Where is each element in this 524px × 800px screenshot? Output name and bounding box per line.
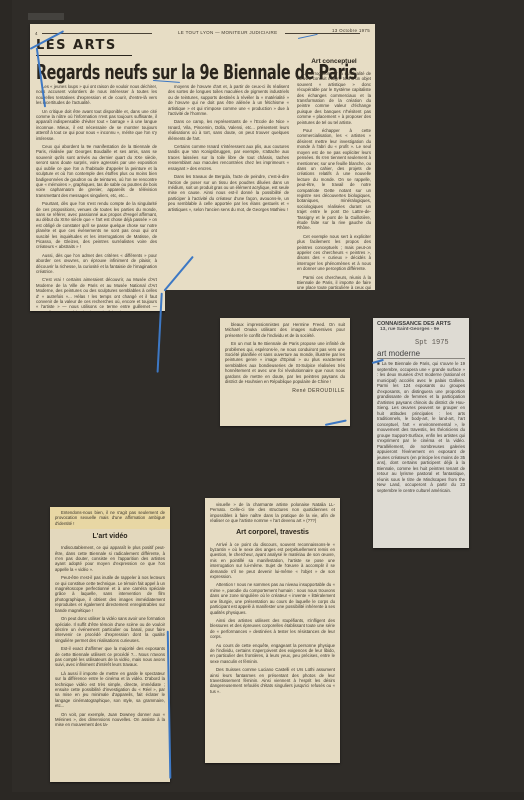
paragraph: Cet exemple nous sert à expliciter plus … [297,234,371,272]
article-column-1: Les « jeunes loups » qui ont raison de v… [36,84,157,311]
paragraph: Arrivé à ce point du discours, souvent r… [210,542,335,580]
clipping-paragraphs: Arrivé à ce point du discours, souvent r… [210,542,335,695]
paragraph: En un mot la 9e Biennale de Paris propos… [225,341,345,384]
paragraph: On voit, par exemple, Juan Downey donner… [55,712,165,728]
paragraph: Certains comme Isnard s'intéressent aux … [168,144,289,171]
column-paragraphs: L'interrogation sur la matérialité de l'… [297,71,371,311]
paragraph: L'interrogation sur la matérialité de l'… [297,71,371,125]
paragraph: Ainsi des artistes utilisent des stupéfi… [210,618,335,640]
section-rule [36,55,132,56]
clipping-art-corporel: visuelle » de la charmante artiste polon… [205,498,340,763]
column-paragraphs: moyens de l'œuvre d'art et, à partir de … [168,84,289,212]
board-gap-center [165,290,375,320]
section-title: LES ARTS [36,38,117,53]
paragraph: Aussi, dès que l'on admet des critères «… [36,253,157,275]
paragraph: On peut donc utiliser la vidéo sans avoi… [55,616,165,643]
clipping-paragraphs: Indiscutablement, ce qui apparaît le plu… [55,545,165,728]
column-paragraphs: Les « jeunes loups » qui ont raison de v… [36,84,157,311]
clipping-main-article: 4 LE TOUT LYON — MONITEUR JUDICIAIRE 13 … [30,24,375,311]
paragraph: moyens de l'œuvre d'art et, à partir de … [168,84,289,116]
clipping-deroudille: bleaux impressionnistes par Hermine Free… [220,318,350,426]
paragraph: Peut-être n'est-il pas inutile de rappel… [55,575,165,613]
board-gap-right [375,24,524,324]
paragraph: Ceux qui abordent la 9e manifestation de… [36,144,157,198]
article-body-text: La 9e Biennale de Paris, qui s'ouvre le … [377,361,465,493]
page-number: 4 [35,31,38,36]
subheading-art-corporel: Art corporel, travestis [210,529,335,536]
masthead-title: LE TOUT LYON — MONITEUR JUDICIAIRE [178,30,277,35]
paragraph: Au cours de cette enquête, engageant la … [210,643,335,665]
article-column-2: moyens de l'œuvre d'art et, à partir de … [168,84,289,215]
paragraph: Pourtant, dès que l'on s'est rendu compt… [36,201,157,250]
subheading-art-video: L'art vidéo [55,533,165,540]
date-stamp: Spt 1975 [415,339,465,347]
clipping-paragraphs: bleaux impressionnistes par Hermine Free… [225,322,345,384]
intro-paragraph: Entendons-nous bien, il ne s'agit pas se… [50,507,170,529]
subheading-art-conceptuel: Art conceptuel [297,58,371,65]
paragraph: Attention ! nous ne sommes pas au niveau… [210,582,335,614]
intro-paragraph: visuelle » de la charmante artiste polon… [210,502,335,524]
paragraph: bleaux impressionnistes par Hermine Free… [225,322,345,338]
article-column-3: Art conceptuel L'interrogation sur la ma… [297,58,371,311]
article-body: ■ La 9e Biennale de Paris, qui s'ouvre l… [377,361,465,493]
author-signature: René DEROUDILLE [225,388,345,394]
masthead-date: 13 Octobre 1975 [330,28,372,33]
paragraph: Pour échapper à cette commercialisation,… [297,128,371,231]
paragraph: Un critique doit être avant tout disponi… [36,109,157,141]
masthead-rule-right [285,33,360,34]
paragraph: C'est vrai ! certains aimeraient découvr… [36,277,157,311]
clipping-connaissance-des-arts: CONNAISSANCE DES ARTS 13, rue Saint-Geor… [373,318,469,548]
publication-address: 13, rue Saint-Georges - 9e [380,327,465,332]
paragraph: Est-il exact d'affirmer que la majorité … [55,646,165,668]
rubric-title: art moderne [377,349,465,359]
paragraph: Là aussi il importe de mettre en garde l… [55,671,165,709]
clipping-art-video: Entendons-nous bien, il ne s'agit pas se… [50,507,170,782]
adhesive-tape [28,13,64,20]
paragraph: Des Suisses comme Luciano Castelli et Ur… [210,667,335,694]
paragraph: Les « jeunes loups » qui ont raison de v… [36,84,157,106]
paragraph: Indiscutablement, ce qui apparaît le plu… [55,545,165,572]
paragraph: Dans les travaux de Bergula, l'acte de p… [168,174,289,212]
paragraph: Dans ce camp, les représentants de « l'E… [168,119,289,141]
